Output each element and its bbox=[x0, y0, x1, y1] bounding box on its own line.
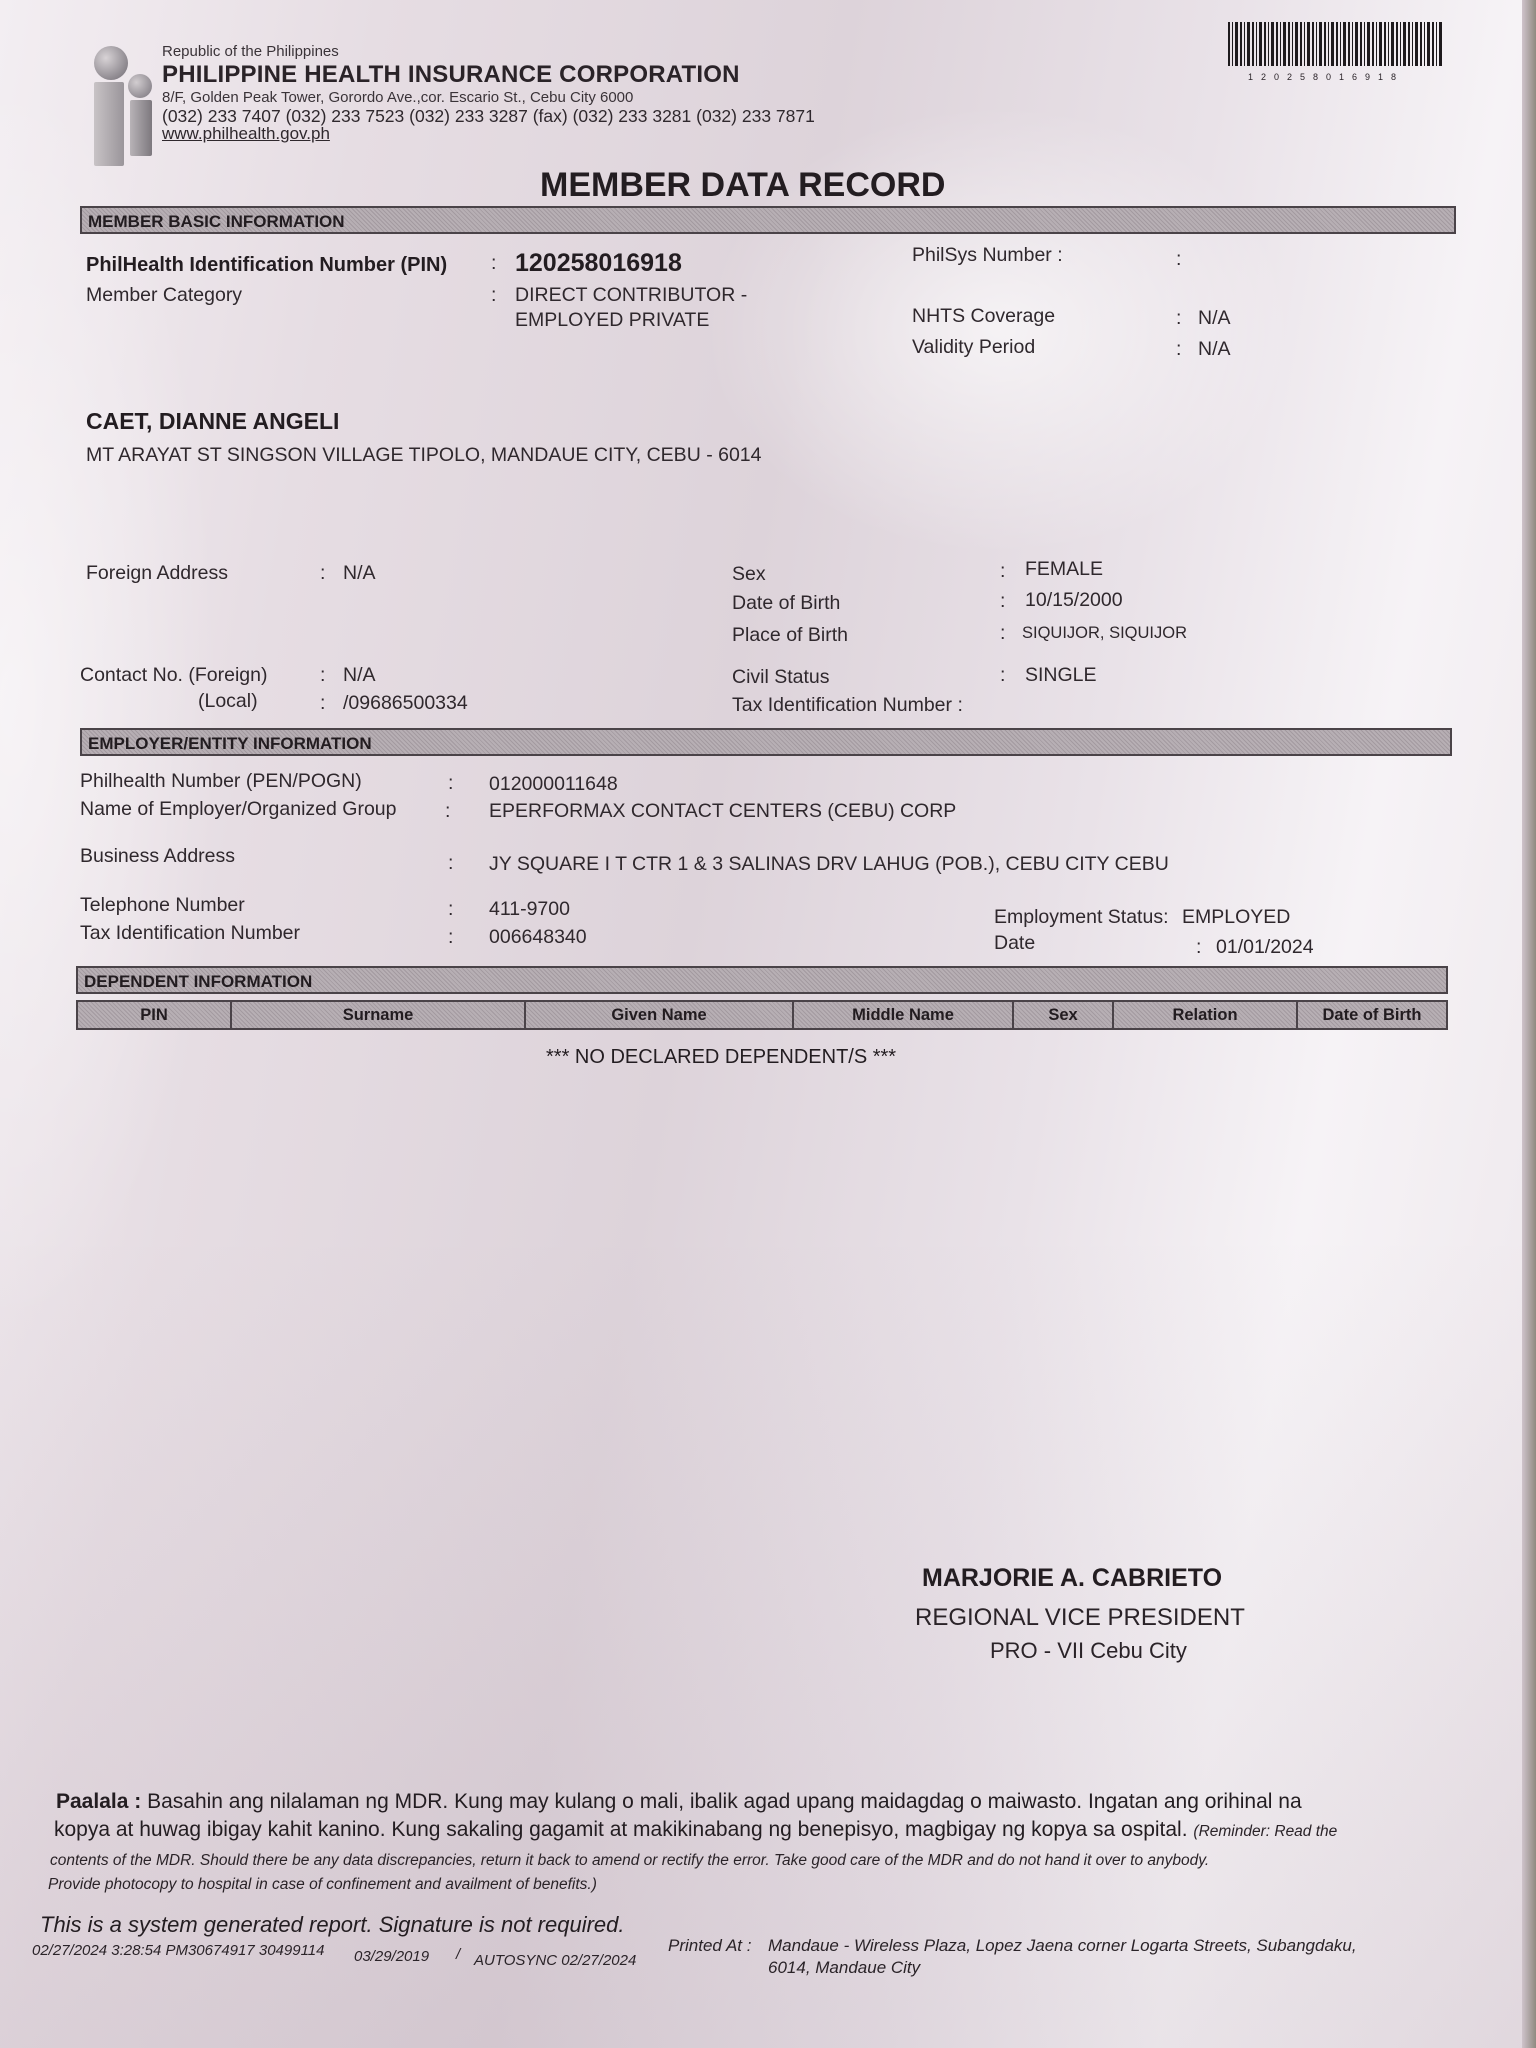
nhts-value: N/A bbox=[1198, 307, 1231, 330]
print-timestamp: 02/27/2024 3:28:54 PM30674917 30499114 bbox=[32, 1942, 325, 1959]
employer-phone-value: 411-9700 bbox=[489, 898, 570, 921]
column-header-pin: PIN bbox=[78, 1002, 232, 1028]
system-generated-note: This is a system generated report. Signa… bbox=[40, 1912, 625, 1938]
philsys-label: PhilSys Number : bbox=[912, 244, 1063, 267]
reminder-english-inline: (Reminder: Read the bbox=[1193, 1823, 1337, 1840]
reminder-line2: kopya at huwag ibigay kahit kanino. Kung… bbox=[54, 1818, 1337, 1842]
pen-value: 012000011648 bbox=[489, 773, 618, 796]
colon: : bbox=[320, 562, 325, 585]
contact-local-value: /09686500334 bbox=[343, 692, 468, 715]
colon: : bbox=[1176, 307, 1181, 330]
column-header-middle-name: Middle Name bbox=[794, 1002, 1014, 1028]
member-tin-label: Tax Identification Number : bbox=[732, 694, 963, 717]
barcode-icon bbox=[1228, 22, 1444, 66]
reminder-label: Paalala : bbox=[56, 1790, 141, 1813]
pen-label: Philhealth Number (PEN/POGN) bbox=[80, 770, 362, 793]
reminder-text-line1: Basahin ang nilalaman ng MDR. Kung may k… bbox=[147, 1790, 1302, 1813]
colon: : bbox=[445, 800, 450, 823]
column-header-sex: Sex bbox=[1014, 1002, 1114, 1028]
colon: : bbox=[448, 926, 453, 949]
employer-name-label: Name of Employer/Organized Group bbox=[80, 798, 396, 821]
printed-at-line2: 6014, Mandaue City bbox=[768, 1958, 920, 1978]
colon: : bbox=[448, 898, 453, 921]
reminder-english-line1: contents of the MDR. Should there be any… bbox=[50, 1852, 1209, 1870]
member-category-value-line1: DIRECT CONTRIBUTOR - bbox=[515, 284, 747, 307]
civil-status-label: Civil Status bbox=[732, 666, 830, 689]
business-address-value: JY SQUARE I T CTR 1 & 3 SALINAS DRV LAHU… bbox=[489, 853, 1169, 876]
no-dependents-message: *** NO DECLARED DEPENDENT/S *** bbox=[546, 1046, 896, 1069]
column-header-given-name: Given Name bbox=[526, 1002, 794, 1028]
dependents-table-header: PIN Surname Given Name Middle Name Sex R… bbox=[76, 1000, 1448, 1030]
contact-local-label: (Local) bbox=[198, 690, 258, 713]
member-address: MT ARAYAT ST SINGSON VILLAGE TIPOLO, MAN… bbox=[86, 444, 761, 467]
header-website-link[interactable]: www.philhealth.gov.ph bbox=[162, 124, 330, 144]
colon: : bbox=[1000, 590, 1005, 613]
colon: : bbox=[1000, 622, 1005, 645]
signatory-name: MARJORIE A. CABRIETO bbox=[922, 1564, 1222, 1593]
foreign-address-label: Foreign Address bbox=[86, 562, 228, 585]
contact-foreign-label: Contact No. (Foreign) bbox=[80, 664, 268, 687]
signatory-title: REGIONAL VICE PRESIDENT bbox=[915, 1604, 1245, 1632]
dob-value: 10/15/2000 bbox=[1025, 589, 1123, 612]
employer-tin-label: Tax Identification Number bbox=[80, 922, 300, 945]
autosync-date: AUTOSYNC 02/27/2024 bbox=[474, 1952, 636, 1969]
employment-date-label: Date bbox=[994, 932, 1035, 955]
sex-label: Sex bbox=[732, 563, 766, 586]
colon: : bbox=[320, 692, 325, 715]
validity-label: Validity Period bbox=[912, 336, 1035, 359]
reminder-line1: Paalala : Basahin ang nilalaman ng MDR. … bbox=[56, 1790, 1302, 1814]
employer-name-value: EPERFORMAX CONTACT CENTERS (CEBU) CORP bbox=[489, 800, 956, 823]
registration-date: 03/29/2019 bbox=[354, 1948, 429, 1965]
section-header-employer: EMPLOYER/ENTITY INFORMATION bbox=[80, 728, 1452, 756]
employer-tin-value: 006648340 bbox=[489, 926, 587, 949]
column-header-surname: Surname bbox=[232, 1002, 526, 1028]
pin-value: 120258016918 bbox=[515, 249, 682, 278]
employment-status-label: Employment Status: bbox=[994, 906, 1169, 929]
employment-date-value: 01/01/2024 bbox=[1216, 936, 1314, 959]
pin-label: PhilHealth Identification Number (PIN) bbox=[86, 254, 447, 277]
colon: : bbox=[1000, 664, 1005, 687]
section-header-member-basic: MEMBER BASIC INFORMATION bbox=[80, 206, 1456, 234]
sex-value: FEMALE bbox=[1025, 558, 1103, 581]
colon: : bbox=[448, 772, 453, 795]
pob-value: SIQUIJOR, SIQUIJOR bbox=[1022, 624, 1187, 643]
colon: : bbox=[1196, 936, 1201, 959]
civil-status-value: SINGLE bbox=[1025, 664, 1097, 687]
colon: : bbox=[448, 852, 453, 875]
dob-label: Date of Birth bbox=[732, 592, 840, 615]
philhealth-logo-icon bbox=[88, 46, 158, 166]
column-header-date-of-birth: Date of Birth bbox=[1298, 1002, 1446, 1028]
colon: : bbox=[1176, 248, 1181, 271]
nhts-label: NHTS Coverage bbox=[912, 305, 1055, 328]
member-category-label: Member Category bbox=[86, 284, 242, 307]
header-republic: Republic of the Philippines bbox=[162, 43, 339, 60]
section-header-dependents: DEPENDENT INFORMATION bbox=[76, 966, 1448, 994]
contact-foreign-value: N/A bbox=[343, 664, 376, 687]
colon: : bbox=[1000, 560, 1005, 583]
colon: : bbox=[1176, 338, 1181, 361]
header-address: 8/F, Golden Peak Tower, Gorordo Ave.,cor… bbox=[162, 89, 633, 106]
document-title: MEMBER DATA RECORD bbox=[540, 166, 945, 205]
printed-at-line1: Mandaue - Wireless Plaza, Lopez Jaena co… bbox=[768, 1936, 1357, 1956]
colon: : bbox=[491, 284, 496, 307]
separator: / bbox=[456, 1946, 460, 1963]
validity-value: N/A bbox=[1198, 338, 1231, 361]
reminder-english-line2: Provide photocopy to hospital in case of… bbox=[48, 1876, 597, 1894]
column-header-relation: Relation bbox=[1114, 1002, 1298, 1028]
signatory-office: PRO - VII Cebu City bbox=[990, 1638, 1187, 1664]
printed-at-label: Printed At : bbox=[668, 1936, 751, 1956]
employer-phone-label: Telephone Number bbox=[80, 894, 245, 917]
member-category-value-line2: EMPLOYED PRIVATE bbox=[515, 309, 709, 332]
member-name: CAET, DIANNE ANGELI bbox=[86, 408, 339, 435]
colon: : bbox=[491, 252, 496, 275]
colon: : bbox=[320, 664, 325, 687]
business-address-label: Business Address bbox=[80, 845, 235, 868]
page-edge bbox=[1522, 0, 1536, 2048]
employment-status-value: EMPLOYED bbox=[1182, 906, 1290, 929]
reminder-text-line2: kopya at huwag ibigay kahit kanino. Kung… bbox=[54, 1818, 1188, 1841]
foreign-address-value: N/A bbox=[343, 562, 376, 585]
barcode-number: 120258016918 bbox=[1248, 72, 1404, 82]
header-organization: PHILIPPINE HEALTH INSURANCE CORPORATION bbox=[162, 61, 740, 89]
pob-label: Place of Birth bbox=[732, 624, 848, 647]
